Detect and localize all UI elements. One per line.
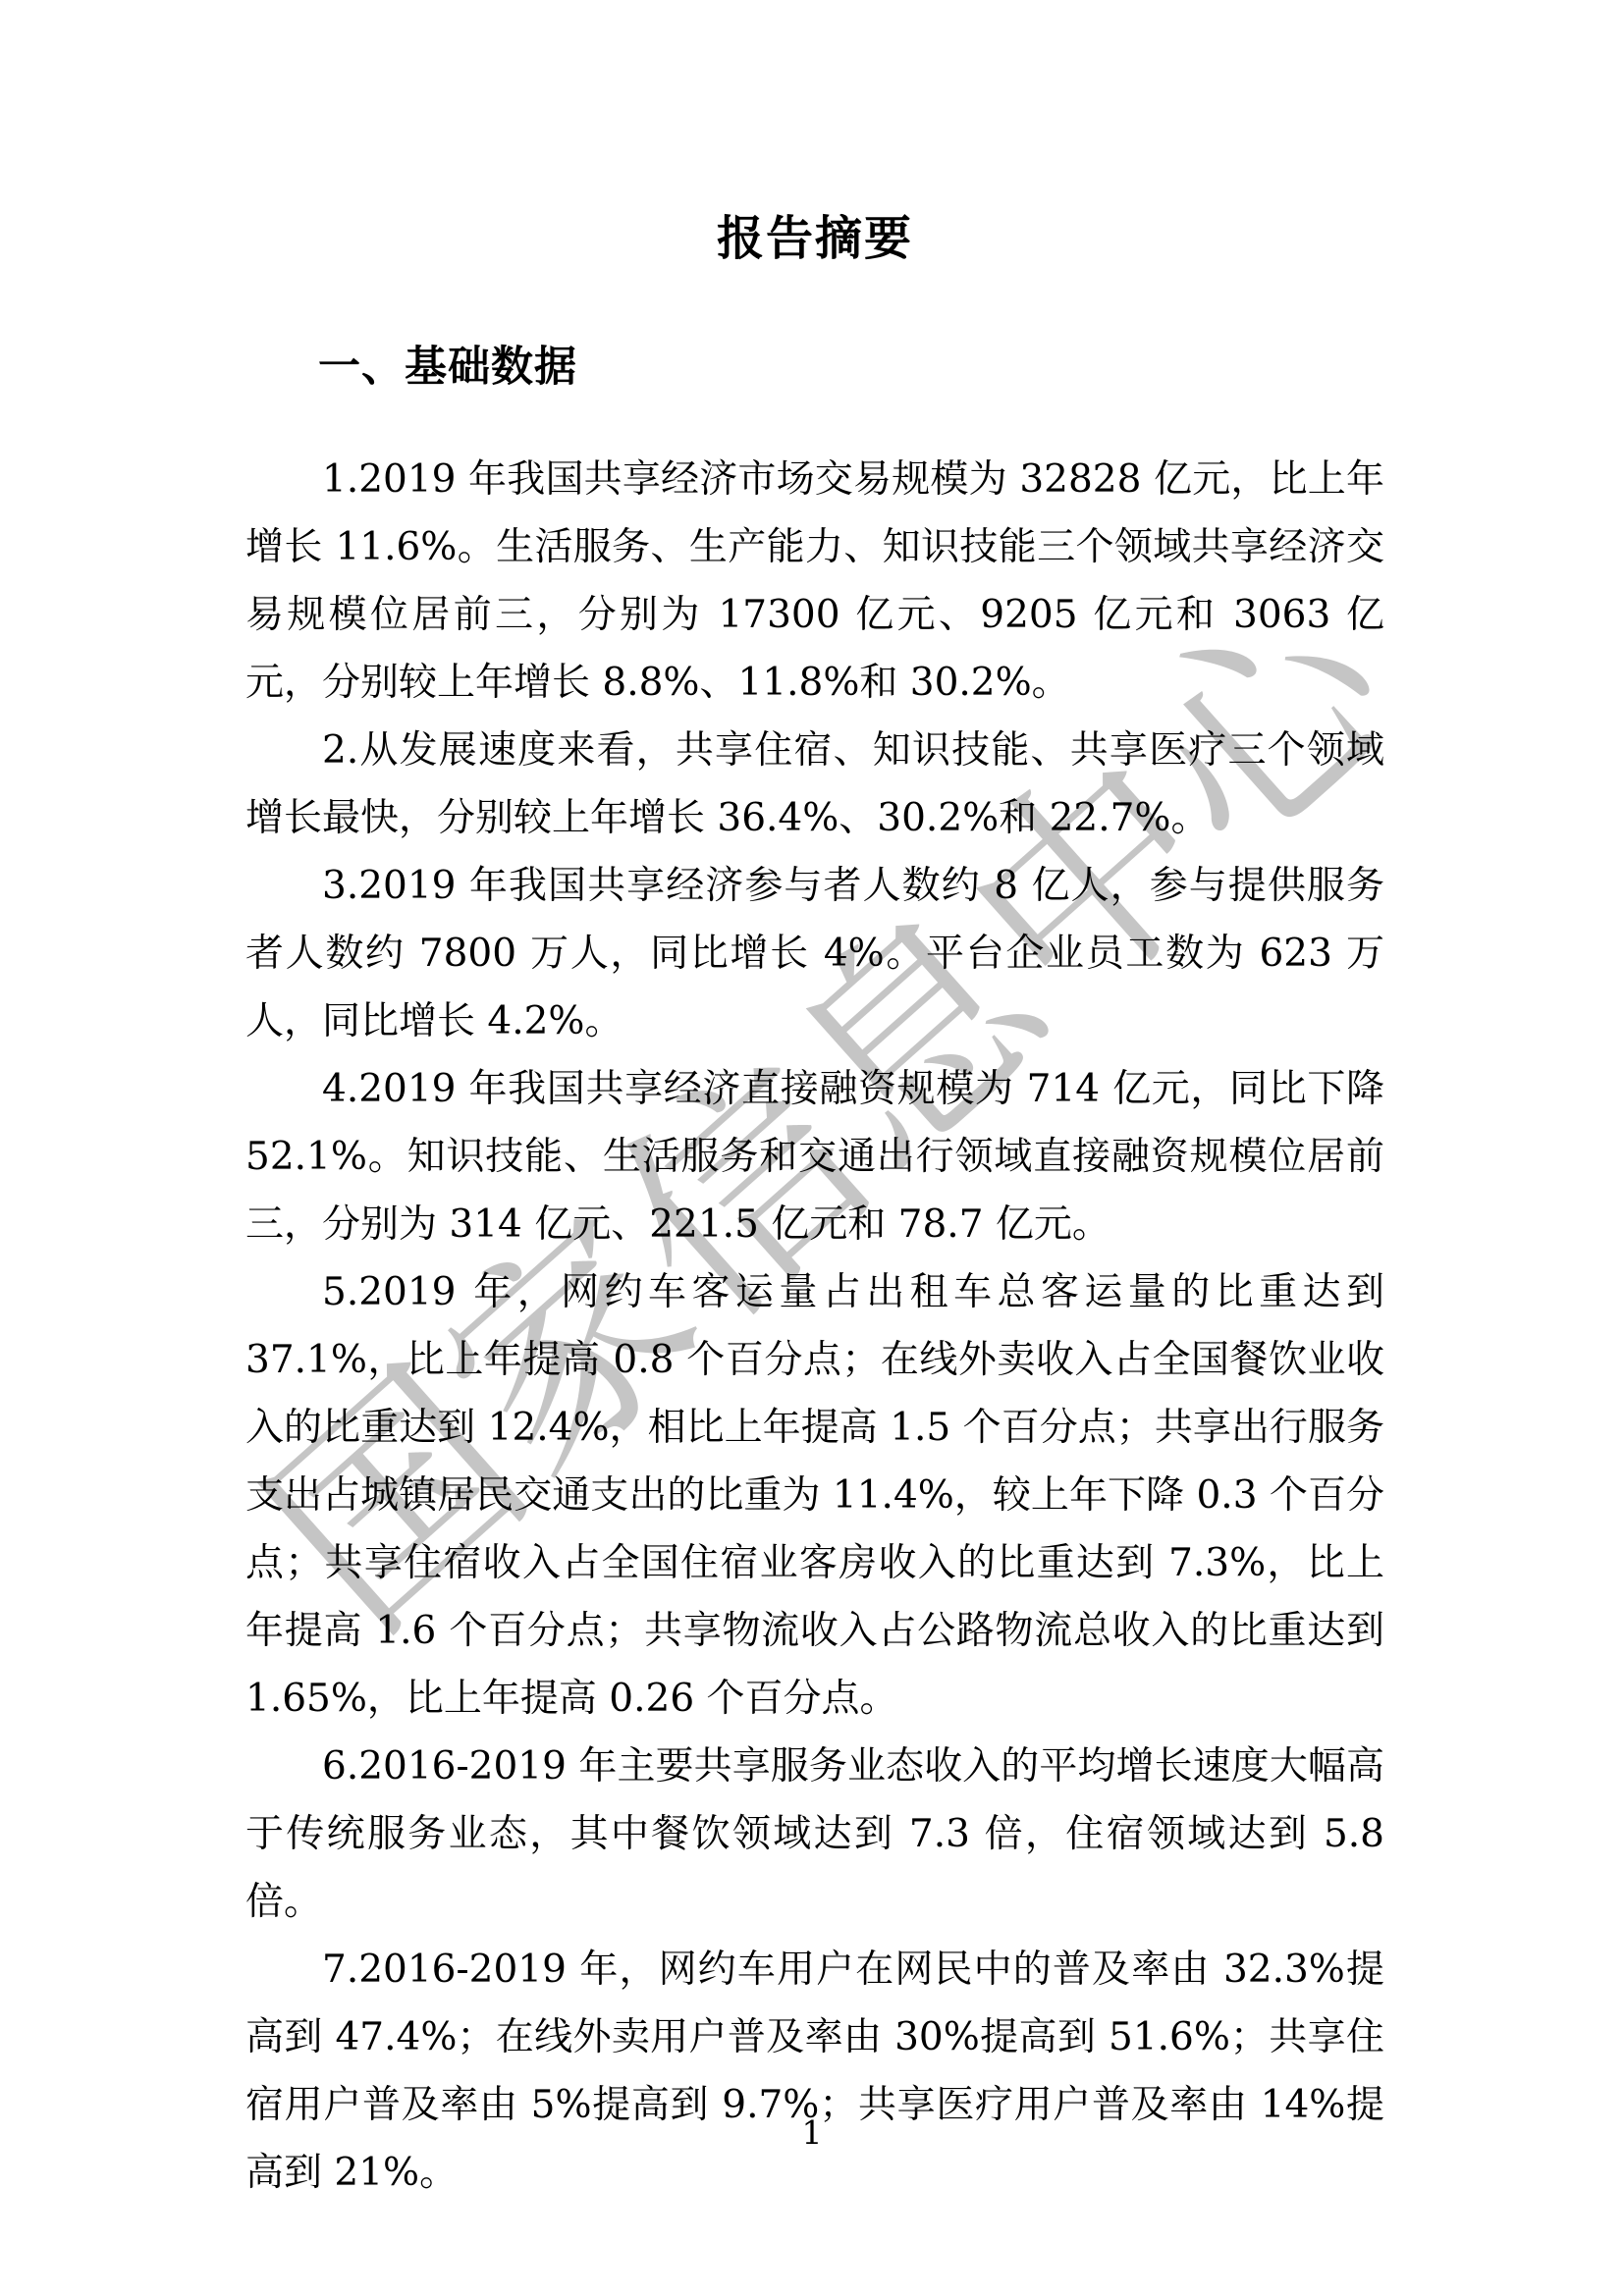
paragraph-4: 4.2019 年我国共享经济直接融资规模为 714 亿元，同比下降 52.1%。… xyxy=(245,1055,1384,1258)
document-title: 报告摘要 xyxy=(245,0,1384,262)
page-number: 1 xyxy=(0,2116,1624,2149)
document-page: 国家信息中心 报告摘要 一、基础数据 1.2019 年我国共享经济市场交易规模为… xyxy=(0,0,1624,2296)
document-content: 报告摘要 一、基础数据 1.2019 年我国共享经济市场交易规模为 32828 … xyxy=(0,0,1624,2207)
paragraph-7: 7.2016-2019 年，网约车用户在网民中的普及率由 32.3%提高到 47… xyxy=(245,1936,1384,2207)
paragraph-6: 6.2016-2019 年主要共享服务业态收入的平均增长速度大幅高于传统服务业态… xyxy=(245,1733,1384,1936)
paragraph-1: 1.2019 年我国共享经济市场交易规模为 32828 亿元，比上年增长 11.… xyxy=(245,446,1384,717)
paragraph-3: 3.2019 年我国共享经济参与者人数约 8 亿人，参与提供服务者人数约 780… xyxy=(245,852,1384,1055)
section-heading: 一、基础数据 xyxy=(245,347,1384,389)
paragraph-5: 5.2019 年，网约车客运量占出租车总客运量的比重达到 37.1%，比上年提高… xyxy=(245,1258,1384,1733)
paragraph-2: 2.从发展速度来看，共享住宿、知识技能、共享医疗三个领域增长最快，分别较上年增长… xyxy=(245,717,1384,852)
